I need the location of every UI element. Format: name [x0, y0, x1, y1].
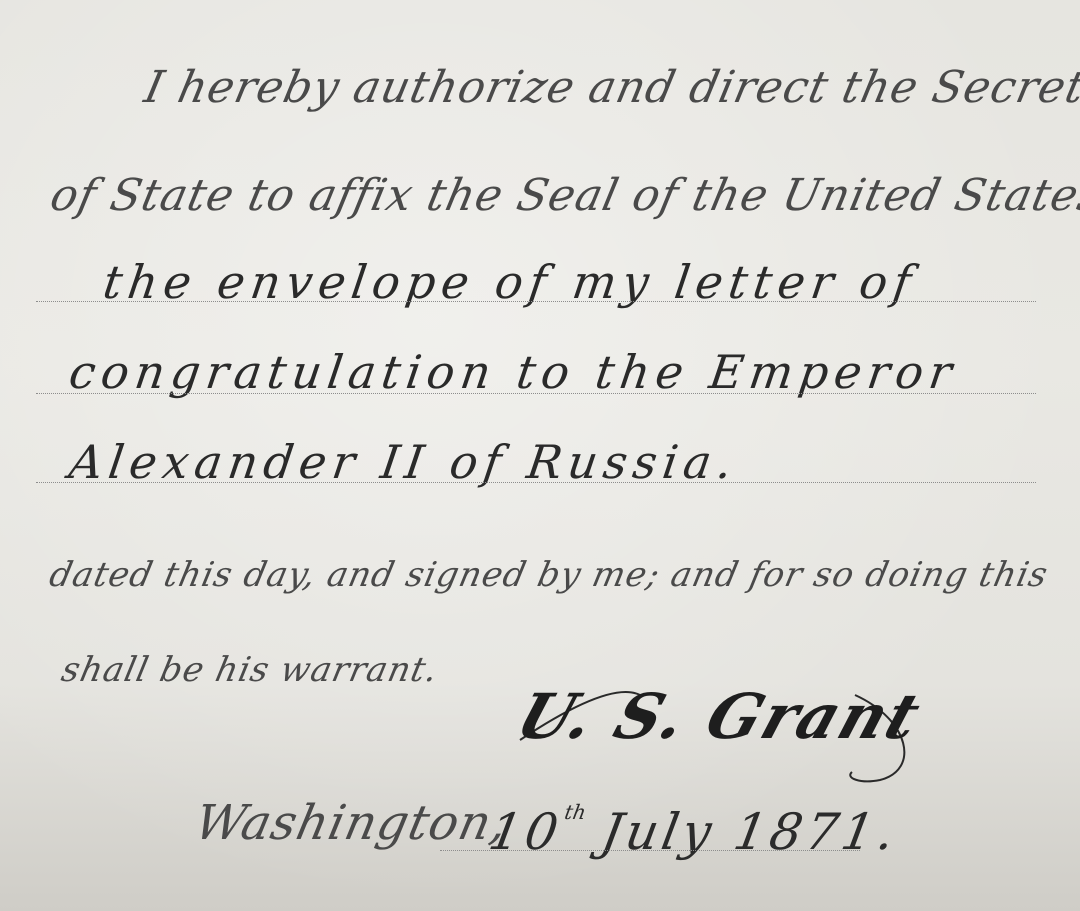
- place-label: Washington,: [190, 795, 514, 851]
- engraved-line-1: I hereby authorize and direct the Secret…: [140, 62, 1080, 113]
- dotted-rule: [36, 393, 1036, 394]
- engraved-line-2: of State to affix the Seal of the United…: [46, 170, 1080, 221]
- handwritten-line-2: congratulation to the Emperor: [66, 345, 961, 399]
- date-day: 10: [485, 803, 567, 861]
- dotted-rule: [36, 482, 1036, 483]
- document-sheet: I hereby authorize and direct the Secret…: [0, 0, 1080, 911]
- dotted-rule: [440, 850, 860, 851]
- signature: U. S. Grant: [508, 680, 931, 753]
- engraved-closing-1: dated this day, and signed by me; and fo…: [46, 555, 1052, 595]
- date-month: July: [597, 803, 720, 861]
- dotted-rule: [36, 301, 1036, 302]
- handwritten-line-3: Alexander II of Russia.: [66, 435, 742, 489]
- date-day-suffix: th: [563, 800, 588, 824]
- date-year: 1871.: [729, 803, 902, 861]
- engraved-closing-2: shall be his warrant.: [58, 650, 442, 690]
- date-line: 10th July 1871.: [485, 800, 904, 861]
